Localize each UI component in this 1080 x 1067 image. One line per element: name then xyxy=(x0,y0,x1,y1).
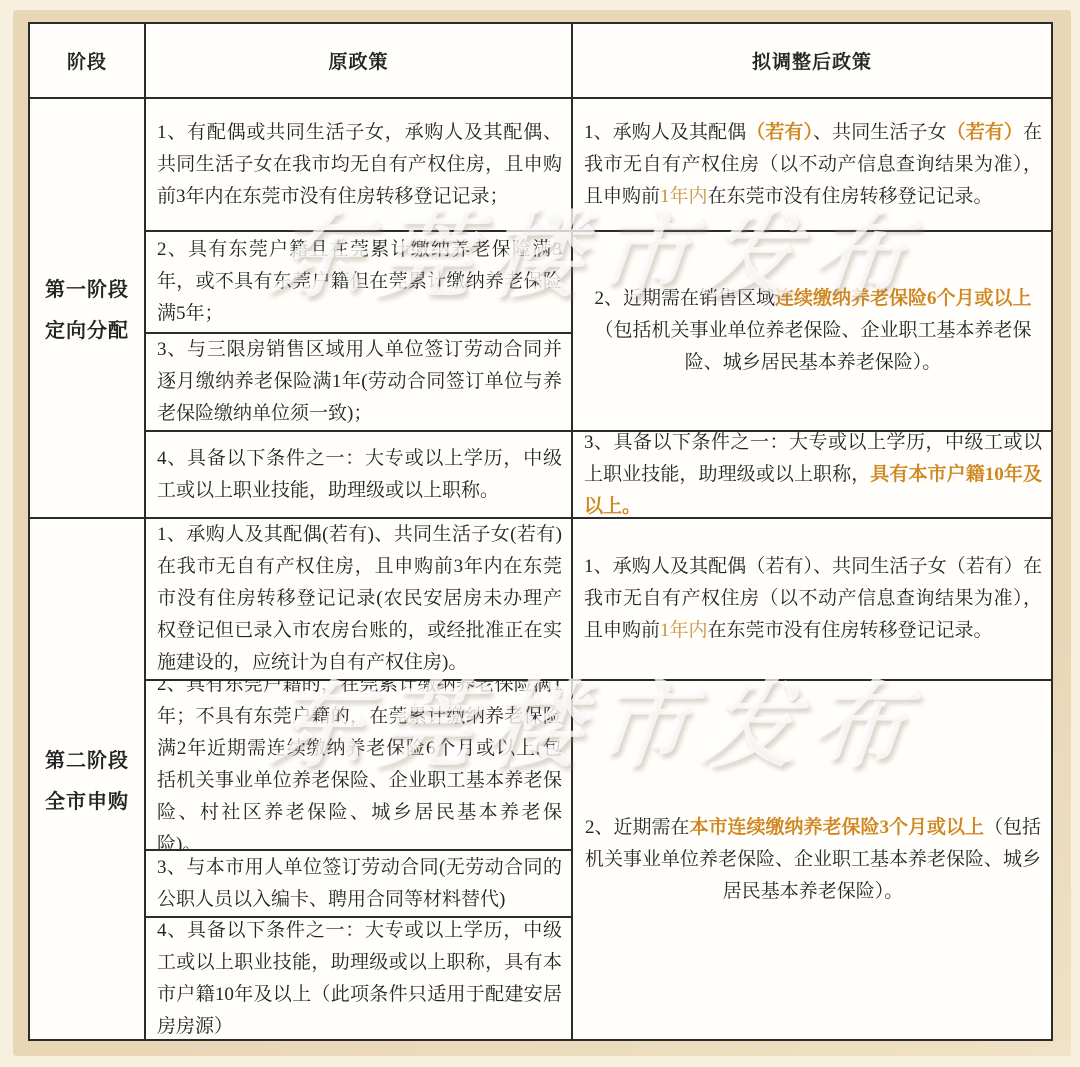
policy-cell-text: 1、有配偶或共同生活子女，承购人及其配偶、共同生活子女在我市均无自有产权住房，且… xyxy=(146,114,571,216)
policy-cell: 1、有配偶或共同生活子女，承购人及其配偶、共同生活子女在我市均无自有产权住房，且… xyxy=(146,99,571,230)
policy-text: 在东莞市没有住房转移登记记录。 xyxy=(708,620,993,641)
policy-text: 3、与三限房销售区域用人单位签订劳动合同并逐月缴纳养老保险满1年(劳动合同签订单… xyxy=(157,339,562,424)
policy-cell: 2、近期需在本市连续缴纳养老保险3个月或以上（包括机关事业单位养老保险、企业职工… xyxy=(573,679,1051,1039)
policy-cell-text: 1、承购人及其配偶（若有）、共同生活子女（若有）在我市无自有产权住房（以不动产信… xyxy=(573,548,1051,650)
original-policy-column-first: 1、有配偶或共同生活子女，承购人及其配偶、共同生活子女在我市均无自有产权住房，且… xyxy=(146,99,573,517)
stage-label-line: 全市申购 xyxy=(45,785,129,814)
policy-cell-text: 1、承购人及其配偶（若有）、共同生活子女（若有）在我市无自有产权住房（以不动产信… xyxy=(573,114,1051,216)
policy-text: 4、具备以下条件之一：大专或以上学历，中级工或以上职业技能，助理级或以上职称。 xyxy=(157,448,562,501)
policy-text: 4、具备以下条件之一：大专或以上学历，中级工或以上职业技能，助理级或以上职称，具… xyxy=(157,920,562,1037)
policy-table: 阶段 原政策 拟调整后政策 第一阶段 定向分配 1、有配偶或共同生活子女，承购人… xyxy=(28,22,1053,1041)
header-original-policy: 原政策 xyxy=(146,24,573,97)
policy-cell: 1、承购人及其配偶(若有)、共同生活子女(若有)在我市无自有产权住房，且申购前3… xyxy=(146,519,571,679)
policy-highlight-text: 1年内 xyxy=(660,620,708,641)
policy-text: 2、具有东莞户籍且在莞累计缴纳养老保险满3年，或不具有东莞户籍但在莞累计缴纳养老… xyxy=(157,239,562,324)
policy-cell: 4、具备以下条件之一：大专或以上学历，中级工或以上职业技能，助理级或以上职称。 xyxy=(146,430,571,517)
policy-text: 在东莞市没有住房转移登记记录。 xyxy=(708,186,993,207)
policy-cell: 3、与本市用人单位签订劳动合同(无劳动合同的公职人员以入编卡、聘用合同等材料替代… xyxy=(146,849,571,916)
header-stage: 阶段 xyxy=(30,24,146,97)
policy-cell-text: 3、具备以下条件之一：大专或以上学历，中级工或以上职业技能，助理级或以上职称，具… xyxy=(573,430,1051,517)
policy-cell-text: 4、具备以下条件之一：大专或以上学历，中级工或以上职业技能，助理级或以上职称。 xyxy=(146,440,571,510)
policy-cell-text: 1、承购人及其配偶(若有)、共同生活子女(若有)在我市无自有产权住房，且申购前3… xyxy=(146,519,571,679)
policy-cell: 2、具有东莞户籍的，在莞累计缴纳养老保险满1年；不具有东莞户籍的，在莞累计缴纳养… xyxy=(146,679,571,849)
stage-label-line: 定向分配 xyxy=(45,314,129,343)
policy-highlight-text: 1年内 xyxy=(660,186,708,207)
adjusted-policy-column-second: 1、承购人及其配偶（若有）、共同生活子女（若有）在我市无自有产权住房（以不动产信… xyxy=(573,519,1051,1039)
policy-cell: 3、与三限房销售区域用人单位签订劳动合同并逐月缴纳养老保险满1年(劳动合同签订单… xyxy=(146,332,571,430)
policy-cell: 1、承购人及其配偶（若有）、共同生活子女（若有）在我市无自有产权住房（以不动产信… xyxy=(573,519,1051,679)
stage-row-second: 第二阶段 全市申购 1、承购人及其配偶(若有)、共同生活子女(若有)在我市无自有… xyxy=(30,517,1051,1039)
stage-label-first: 第一阶段 定向分配 xyxy=(30,99,146,517)
policy-cell: 2、具有东莞户籍且在莞累计缴纳养老保险满3年，或不具有东莞户籍但在莞累计缴纳养老… xyxy=(146,230,571,332)
policy-cell: 3、具备以下条件之一：大专或以上学历，中级工或以上职业技能，助理级或以上职称，具… xyxy=(573,430,1051,517)
stage-label-line: 第一阶段 xyxy=(45,273,129,302)
policy-text: 2、近期需在 xyxy=(585,817,690,838)
policy-cell-text: 2、具有东莞户籍的，在莞累计缴纳养老保险满1年；不具有东莞户籍的，在莞累计缴纳养… xyxy=(146,679,571,849)
policy-text: 1、承购人及其配偶 xyxy=(584,122,746,143)
policy-text: 1、有配偶或共同生活子女，承购人及其配偶、共同生活子女在我市均无自有产权住房，且… xyxy=(157,122,562,207)
policy-text: 2、具有东莞户籍的，在莞累计缴纳养老保险满1年；不具有东莞户籍的，在莞累计缴纳养… xyxy=(157,679,562,849)
policy-cell-text: 2、近期需在本市连续缴纳养老保险3个月或以上（包括机关事业单位养老保险、企业职工… xyxy=(573,809,1051,911)
policy-cell-text: 3、与三限房销售区域用人单位签订劳动合同并逐月缴纳养老保险满1年(劳动合同签订单… xyxy=(146,332,571,430)
policy-cell-text: 2、具有东莞户籍且在莞累计缴纳养老保险满3年，或不具有东莞户籍但在莞累计缴纳养老… xyxy=(146,231,571,332)
policy-cell-text: 4、具备以下条件之一：大专或以上学历，中级工或以上职业技能，助理级或以上职称，具… xyxy=(146,916,571,1039)
policy-cell: 1、承购人及其配偶（若有）、共同生活子女（若有）在我市无自有产权住房（以不动产信… xyxy=(573,99,1051,230)
policy-text: 3、与本市用人单位签订劳动合同(无劳动合同的公职人员以入编卡、聘用合同等材料替代… xyxy=(157,857,562,910)
policy-text: 1、承购人及其配偶(若有)、共同生活子女(若有)在我市无自有产权住房，且申购前3… xyxy=(157,524,562,673)
policy-cell-text: 3、与本市用人单位签订劳动合同(无劳动合同的公职人员以入编卡、聘用合同等材料替代… xyxy=(146,849,571,916)
policy-highlight-text: （若有） xyxy=(746,122,813,143)
policy-text: 、共同生活子女 xyxy=(813,122,947,143)
policy-cell-text: 2、近期需在销售区域连续缴纳养老保险6个月或以上（包括机关事业单位养老保险、企业… xyxy=(573,280,1051,382)
policy-highlight-text: 本市连续缴纳养老保险3个月或以上 xyxy=(689,817,984,838)
stage-label-line: 第二阶段 xyxy=(45,744,129,773)
stage-label-second: 第二阶段 全市申购 xyxy=(30,519,146,1039)
policy-cell: 4、具备以下条件之一：大专或以上学历，中级工或以上职业技能，助理级或以上职称，具… xyxy=(146,916,571,1039)
table-header-row: 阶段 原政策 拟调整后政策 xyxy=(30,24,1051,99)
policy-highlight-text: （若有） xyxy=(947,122,1023,143)
stage-row-first: 第一阶段 定向分配 1、有配偶或共同生活子女，承购人及其配偶、共同生活子女在我市… xyxy=(30,99,1051,517)
header-adjusted-policy: 拟调整后政策 xyxy=(573,24,1051,97)
policy-text: 2、近期需在销售区域 xyxy=(594,288,775,309)
original-policy-column-second: 1、承购人及其配偶(若有)、共同生活子女(若有)在我市无自有产权住房，且申购前3… xyxy=(146,519,573,1039)
policy-text: （包括机关事业单位养老保险、企业职工基本养老保险、城乡居民基本养老保险）。 xyxy=(594,320,1031,373)
policy-cell: 2、近期需在销售区域连续缴纳养老保险6个月或以上（包括机关事业单位养老保险、企业… xyxy=(573,230,1051,430)
adjusted-policy-column-first: 1、承购人及其配偶（若有）、共同生活子女（若有）在我市无自有产权住房（以不动产信… xyxy=(573,99,1051,517)
policy-highlight-text: 连续缴纳养老保险6个月或以上 xyxy=(775,288,1032,309)
